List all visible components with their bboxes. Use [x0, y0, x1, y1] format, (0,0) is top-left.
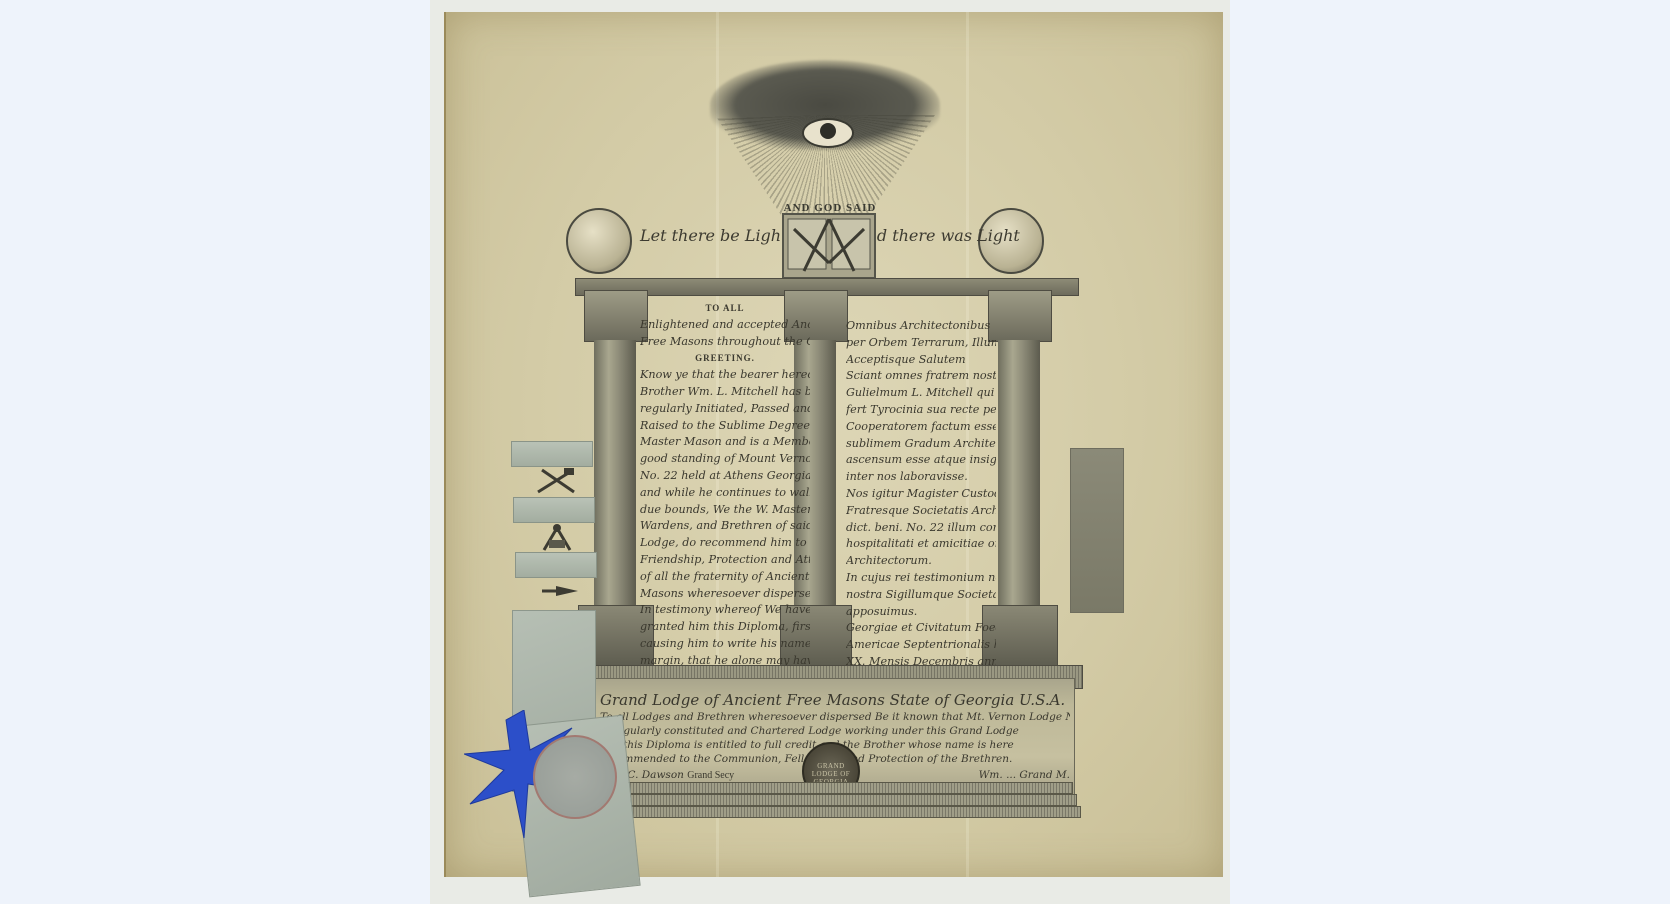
pedestal-step	[593, 806, 1081, 818]
text-line: Masons wheresoever dispersed.	[640, 586, 810, 603]
text-line: ascensum esse atque insigni dandi	[846, 452, 996, 469]
text-line: In cujus rei testimonium nomina	[846, 570, 996, 587]
ribbon-icon	[513, 497, 595, 523]
all-seeing-eye-icon	[802, 118, 854, 148]
pedestal-step	[593, 794, 1077, 806]
text-line: regularly Initiated, Passed and	[640, 401, 810, 418]
text-line: due bounds, We the W. Master,	[640, 502, 810, 519]
margin-tab-strip	[1070, 448, 1124, 613]
text-line: Know ye that the bearer hereof	[640, 367, 810, 384]
left-column-capital	[584, 290, 648, 342]
text-line: hospitalitati et amicitiae omnium	[846, 536, 996, 553]
grand-lodge-heading: Grand Lodge of Ancient Free Masons State…	[600, 690, 1070, 710]
text-line: Enlightened and accepted Ancient	[640, 317, 810, 334]
text-line: Free Masons throughout the Globe	[640, 334, 810, 351]
square-and-compass-sun-icon	[540, 522, 574, 552]
text-line: Wardens, and Brethren of said	[640, 518, 810, 535]
text-line: good standing of Mount Vernon Lodge	[640, 451, 810, 468]
pedestal-step	[593, 782, 1073, 794]
text-line: of all the fraternity of Ancient Free	[640, 569, 810, 586]
text-line: Sciant omnes fratrem nostrum	[846, 368, 996, 385]
text-line: sublimem Gradum Architectonicum	[846, 436, 996, 453]
text-line: Master Mason and is a Member of	[640, 434, 810, 451]
text-line: Georgiae et Civitatum Foederatarum	[846, 620, 996, 637]
text-line: nostra Sigillumque Societatis	[846, 587, 996, 604]
text-line: Raised to the Sublime Degree of	[640, 418, 810, 435]
gavel-and-setting-maul-icon	[534, 466, 578, 496]
text-line: Omnibus Architectonibus	[846, 318, 996, 335]
text-line: No. 22 held at Athens Georgia	[640, 468, 810, 485]
text-line: Gulielmum L. Mitchell qui has literas	[846, 385, 996, 402]
globe-icon	[566, 208, 632, 274]
text-line: Friendship, Protection and Attention	[640, 552, 810, 569]
ribbon-icon	[515, 552, 597, 578]
text-line: and while he continues to walk within	[640, 485, 810, 502]
header-phrase-left: Let there be Light	[640, 226, 788, 245]
text-line: apposuimus.	[846, 604, 996, 621]
text-line: Lodge, do recommend him to the	[640, 535, 810, 552]
text-line: In testimony whereof We have	[640, 602, 810, 619]
text-line: fert Tyrocinia sua recte persoluisse	[846, 402, 996, 419]
greeting-heading: GREETING.	[640, 350, 810, 367]
trowel-icon	[542, 585, 578, 597]
text-line: Americae Septentrionalis hoc die	[846, 637, 996, 654]
text-line: Fratresque Societatis Architectonicae	[846, 503, 996, 520]
text-line: To all Lodges and Brethren wheresoever d…	[600, 710, 1070, 724]
salutation: TO ALL	[640, 300, 810, 317]
header-phrase-right: And there was Light	[855, 226, 1020, 245]
text-line: is regularly constituted and Chartered L…	[600, 724, 1070, 738]
text-line: causing him to write his name in the	[640, 636, 810, 653]
grand-master-signature: Wm. ... Grand M.	[979, 768, 1070, 783]
text-line: Cooperatorem factum esse ac ad	[846, 419, 996, 436]
right-column	[998, 340, 1040, 610]
text-line: Nos igitur Magister Custodes	[846, 486, 996, 503]
right-column-capital	[988, 290, 1052, 342]
left-column	[594, 340, 636, 610]
text-line: granted him this Diploma, first	[640, 619, 810, 636]
text-line: Acceptisque Salutem	[846, 352, 996, 369]
text-line: Architectorum.	[846, 553, 996, 570]
ribbon-icon	[511, 441, 593, 467]
text-line: Brother Wm. L. Mitchell has been	[640, 384, 810, 401]
text-line: dict. beni. No. 22 illum commendamus	[846, 520, 996, 537]
open-bible-square-compass-icon	[782, 213, 876, 279]
wax-seal-icon	[533, 735, 617, 819]
text-line: per Orbem Terrarum, Illuminatis	[846, 335, 996, 352]
text-line: inter nos laboravisse.	[846, 469, 996, 486]
